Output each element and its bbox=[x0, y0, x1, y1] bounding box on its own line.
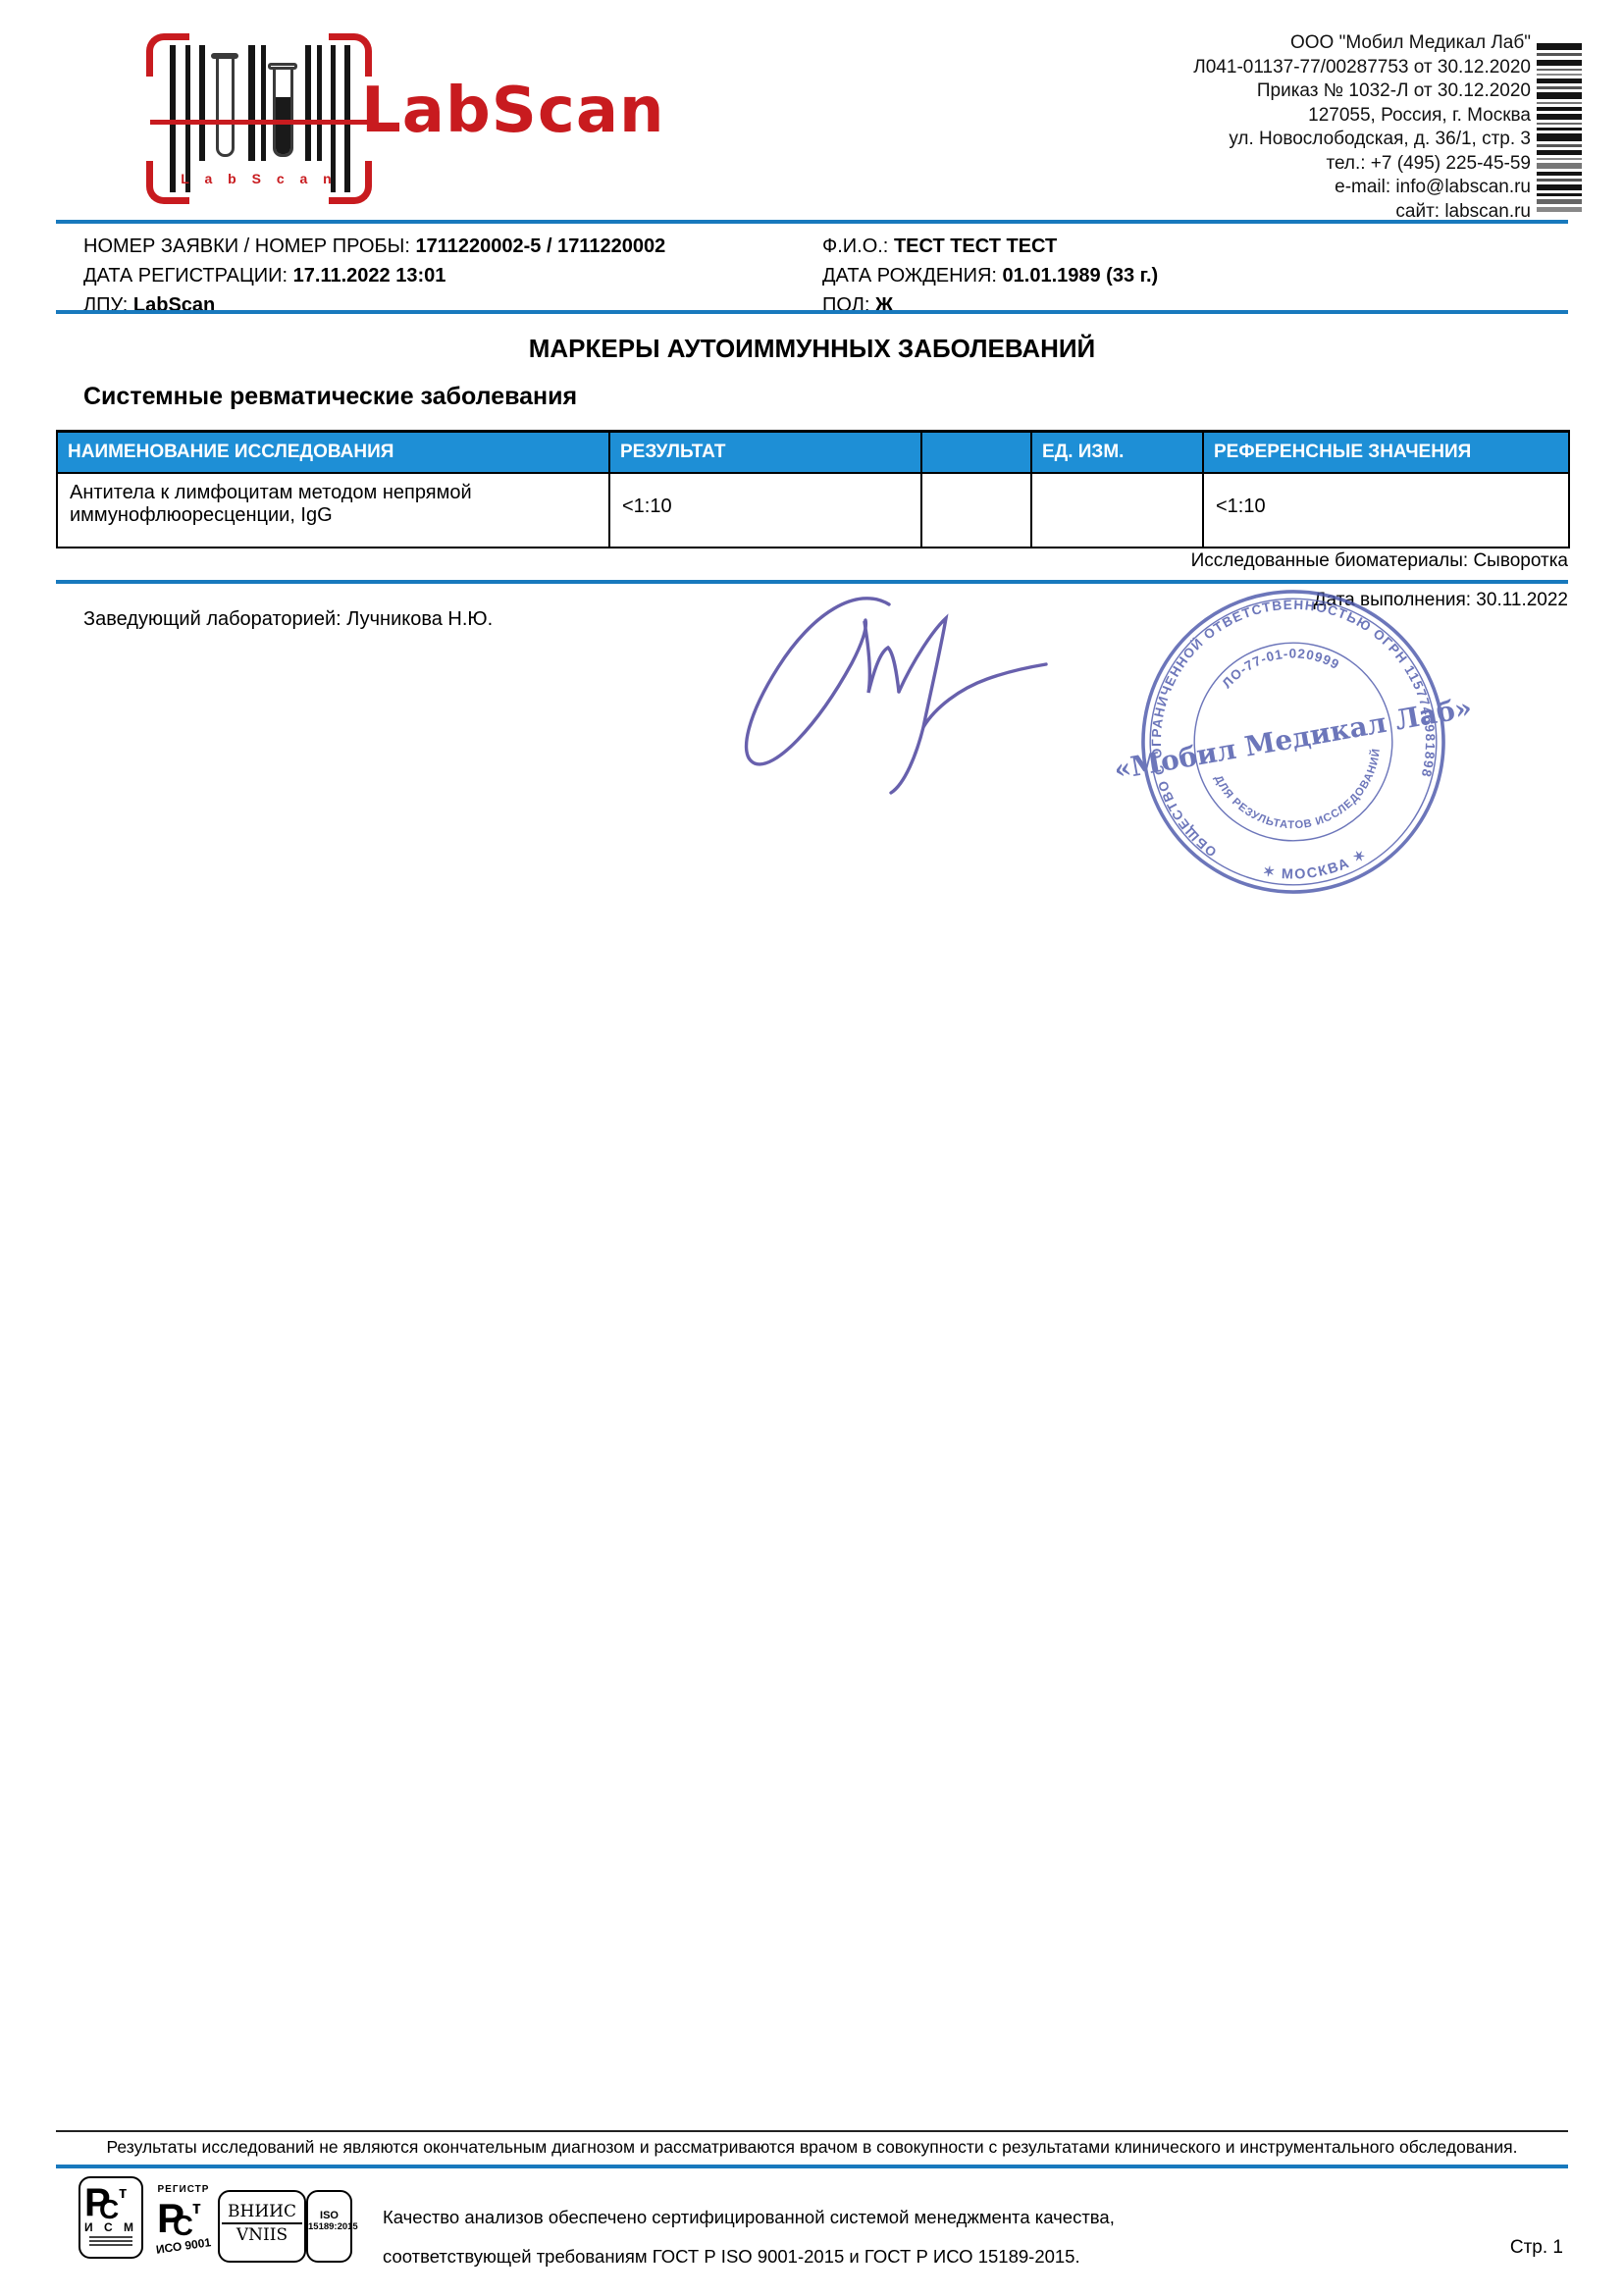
col-header-name: НАИМЕНОВАНИЕ ИССЛЕДОВАНИЯ bbox=[57, 432, 609, 474]
company-details: ООО "Мобил Медикал Лаб" Л041-01137-77/00… bbox=[844, 31, 1531, 224]
rst-certification-icon: Р С т bbox=[156, 2195, 211, 2238]
company-line: тел.: +7 (495) 225-45-59 bbox=[844, 152, 1531, 177]
svg-text:т: т bbox=[192, 2198, 201, 2218]
ism-fine-print bbox=[89, 2236, 132, 2246]
cell-result: <1:10 bbox=[609, 473, 921, 548]
lab-report-page: L a b S c a n LabScan ООО "Мобил Медикал… bbox=[0, 0, 1624, 2296]
col-header-reference: РЕФЕРЕНСНЫЕ ЗНАЧЕНИЯ bbox=[1203, 432, 1569, 474]
page-number: Стр. 1 bbox=[1510, 2237, 1563, 2259]
svg-text:т: т bbox=[119, 2183, 127, 2202]
col-header-result: РЕЗУЛЬТАТ bbox=[609, 432, 921, 474]
barcode-bar bbox=[199, 45, 205, 161]
barcode-icon bbox=[1537, 43, 1582, 212]
barcode-bar bbox=[305, 45, 311, 161]
cell-test-name: Антитела к лимфоцитам методом непрямой и… bbox=[57, 473, 609, 548]
barcode-bar bbox=[317, 45, 322, 161]
order-number-row: НОМЕР ЗАЯВКИ / НОМЕР ПРОБЫ: 1711220002-5… bbox=[83, 232, 665, 261]
rst-certification-icon: Р С т bbox=[83, 2180, 138, 2221]
registration-date-row: ДАТА РЕГИСТРАЦИИ: 17.11.2022 13:01 bbox=[83, 261, 665, 290]
logo-icon-label: L a b S c a n bbox=[162, 171, 356, 186]
signature-icon bbox=[721, 581, 1055, 802]
bracket-corner-icon bbox=[146, 33, 189, 77]
barcode-bar bbox=[248, 45, 255, 161]
cell-flag bbox=[921, 473, 1031, 548]
vniis-certification-badge: ВНИИС VNIIS bbox=[218, 2190, 306, 2263]
order-info: НОМЕР ЗАЯВКИ / НОМЕР ПРОБЫ: 1711220002-5… bbox=[83, 232, 665, 320]
stamp-license-text: ЛО-77-01-020999 bbox=[1216, 637, 1344, 693]
col-header-flag bbox=[921, 432, 1031, 474]
svg-text:С: С bbox=[173, 2211, 193, 2238]
iso15189-certification-badge: ISO 15189:2015 bbox=[306, 2190, 352, 2263]
divider bbox=[56, 2165, 1568, 2168]
iso-number: 15189:2015 bbox=[308, 2221, 350, 2232]
section-title: Системные ревматические заболевания bbox=[83, 383, 577, 411]
divider bbox=[56, 220, 1568, 224]
results-table: НАИМЕНОВАНИЕ ИССЛЕДОВАНИЯ РЕЗУЛЬТАТ ЕД. … bbox=[56, 430, 1570, 548]
company-line: Приказ № 1032-Л от 30.12.2020 bbox=[844, 79, 1531, 104]
quality-statement: Качество анализов обеспечено сертифициро… bbox=[383, 2198, 1115, 2276]
divider bbox=[56, 310, 1568, 314]
iso-label: ISO bbox=[308, 2210, 350, 2221]
test-tube-icon bbox=[273, 70, 293, 157]
registr-label: РЕГИСТР bbox=[151, 2184, 216, 2195]
sex-row: ПОЛ: Ж bbox=[822, 290, 1158, 320]
patient-info: Ф.И.О.: ТЕСТ ТЕСТ ТЕСТ ДАТА РОЖДЕНИЯ: 01… bbox=[822, 232, 1158, 320]
barcode-bar bbox=[261, 45, 266, 161]
registr-certification-badge: РЕГИСТР Р С т ИСО 9001 bbox=[151, 2184, 216, 2263]
table-header-row: НАИМЕНОВАНИЕ ИССЛЕДОВАНИЯ РЕЗУЛЬТАТ ЕД. … bbox=[57, 432, 1569, 474]
svg-text:С: С bbox=[99, 2194, 119, 2221]
disclaimer-text: Результаты исследований не являются окон… bbox=[56, 2137, 1568, 2158]
head-of-lab: Заведующий лабораторией: Лучникова Н.Ю. bbox=[83, 608, 493, 631]
vniis-ru-label: ВНИИС bbox=[222, 2202, 302, 2224]
ism-label: И С М bbox=[80, 2221, 141, 2233]
report-title: МАРКЕРЫ АУТОИММУННЫХ ЗАБОЛЕВАНИЙ bbox=[56, 334, 1568, 364]
svg-text:ЛО-77-01-020999: ЛО-77-01-020999 bbox=[1216, 637, 1344, 693]
patient-name-row: Ф.И.О.: ТЕСТ ТЕСТ ТЕСТ bbox=[822, 232, 1158, 261]
test-tube-icon bbox=[216, 59, 235, 157]
vniis-en-label: VNIIS bbox=[220, 2224, 304, 2245]
col-header-unit: ЕД. ИЗМ. bbox=[1031, 432, 1203, 474]
cell-unit bbox=[1031, 473, 1203, 548]
ism-certification-badge: Р С т И С М bbox=[79, 2176, 143, 2259]
company-line: ООО "Мобил Медикал Лаб" bbox=[844, 31, 1531, 56]
divider bbox=[56, 2130, 1568, 2132]
test-tube-fill bbox=[276, 97, 290, 154]
labscan-barcode-icon: L a b S c a n bbox=[162, 37, 356, 200]
scan-line bbox=[150, 120, 368, 125]
company-line: ул. Новослободская, д. 36/1, стр. 3 bbox=[844, 128, 1531, 152]
table-row: Антитела к лимфоцитам методом непрямой и… bbox=[57, 473, 1569, 548]
round-stamp-icon: ОБЩЕСТВО С ОГРАНИЧЕННОЙ ОТВЕТСТВЕННОСТЬЮ… bbox=[1117, 565, 1470, 918]
company-line: 127055, Россия, г. Москва bbox=[844, 104, 1531, 129]
lpu-row: ЛПУ: LabScan bbox=[83, 290, 665, 320]
brand-name: LabScan bbox=[361, 75, 665, 147]
cell-reference: <1:10 bbox=[1203, 473, 1569, 548]
birth-date-row: ДАТА РОЖДЕНИЯ: 01.01.1989 (33 г.) bbox=[822, 261, 1158, 290]
company-line: Л041-01137-77/00287753 от 30.12.2020 bbox=[844, 56, 1531, 80]
stamp-center-text: «Мобил Медикал Лаб» bbox=[1117, 691, 1470, 786]
test-tube-icon bbox=[268, 63, 297, 70]
company-line: e-mail: info@labscan.ru bbox=[844, 176, 1531, 200]
